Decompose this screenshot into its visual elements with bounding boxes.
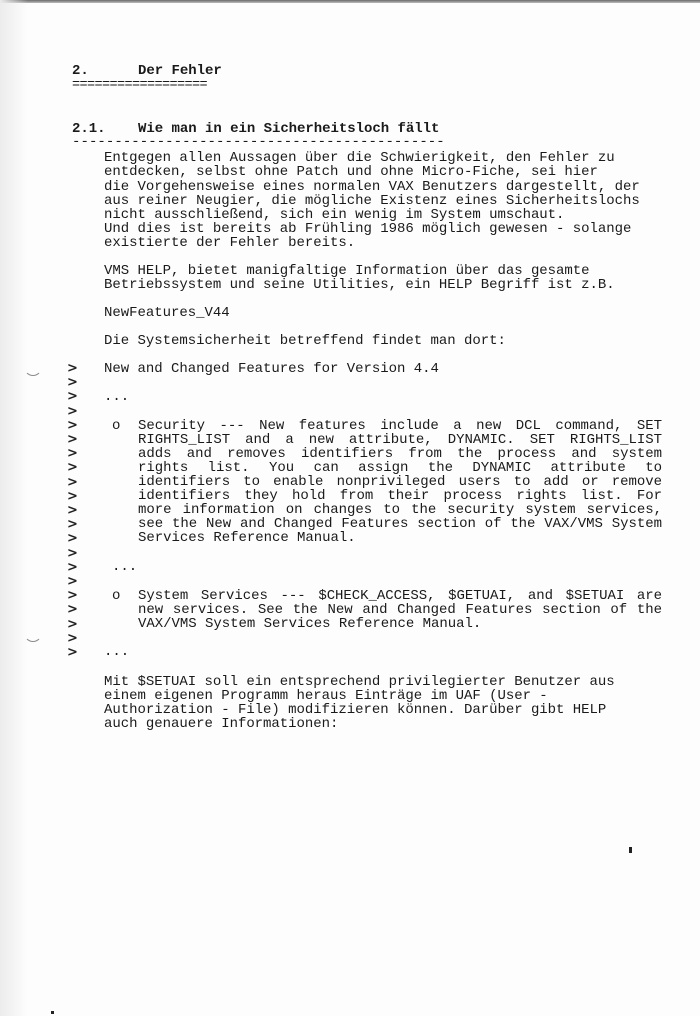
paragraph-line: auch genauere Informationen: [104, 717, 338, 731]
item-line: adds and removes identifiers from the pr… [138, 447, 662, 461]
quote-marker-icon: > [67, 575, 78, 589]
paragraph-line: die Vorgehensweise eines normalen VAX Be… [104, 180, 640, 194]
item-line: more information on changes to the secur… [138, 503, 662, 517]
subsection-underline: ----------------------------------------… [72, 135, 445, 149]
bullet-icon: o [112, 589, 120, 603]
punch-hole-mark-bottom [24, 624, 42, 642]
item-line: VAX/VMS System Services Reference Manual… [138, 617, 481, 631]
quote-marker-icon: > [67, 476, 78, 490]
quote-marker-icon: > [67, 461, 78, 475]
help-topic: NewFeatures_V44 [104, 306, 230, 320]
scan-speck [51, 1011, 54, 1014]
page-left-shadow [0, 0, 28, 1016]
quote-marker-icon: > [67, 405, 78, 419]
quote-marker-icon: > [67, 362, 78, 376]
bullet-icon: o [112, 419, 120, 433]
section-number: 2. [72, 64, 89, 78]
quote-marker-icon: > [67, 532, 78, 546]
paragraph-line: Betriebssystem und seine Utilities, ein … [104, 278, 615, 292]
quote-marker-icon: > [67, 433, 78, 447]
quote-marker-icon: > [67, 419, 78, 433]
quote-marker-icon: > [67, 447, 78, 461]
paragraph-line: einem eigenen Programm heraus Einträge i… [104, 689, 548, 703]
item-line: RIGHTS_LIST and a new attribute, DYNAMIC… [138, 433, 662, 447]
section-title: Der Fehler [138, 64, 222, 78]
item-line: Security --- New features include a new … [138, 419, 662, 433]
quoted-ellipsis: ... [104, 645, 129, 659]
quote-marker-icon: > [67, 589, 78, 603]
security-intro: Die Systemsicherheit betreffend findet m… [104, 334, 506, 348]
quote-marker-icon: > [67, 618, 78, 632]
item-line: Services Reference Manual. [138, 531, 356, 545]
paragraph-line: Entgegen allen Aussagen über die Schwier… [104, 151, 615, 165]
quote-marker-icon: > [67, 490, 78, 504]
paragraph-line: aus reiner Neugier, die mögliche Existen… [104, 194, 640, 208]
item-line: identifiers to enable nonprivileged user… [138, 475, 662, 489]
item-line: System Services --- $CHECK_ACCESS, $GETU… [138, 589, 662, 603]
quote-marker-icon: > [67, 376, 78, 390]
quote-marker-icon: > [67, 632, 78, 646]
quote-marker-icon: > [67, 603, 78, 617]
item-line: rights list. You can assign the DYNAMIC … [138, 461, 662, 475]
paragraph-line: Und dies ist bereits ab Frühling 1986 mö… [104, 222, 631, 236]
quote-marker-icon: > [67, 390, 78, 404]
quote-marker-icon: > [67, 547, 78, 561]
quote-marker-icon: > [67, 518, 78, 532]
quoted-ellipsis: ... [104, 390, 129, 404]
quoted-ellipsis: ... [112, 560, 137, 574]
punch-hole-mark-top [24, 358, 42, 376]
paragraph-line: entdecken, selbst ohne Patch und ohne Mi… [104, 165, 598, 179]
item-line: see the New and Changed Features section… [138, 517, 662, 531]
page-top-edge [0, 0, 700, 3]
quote-marker-icon: > [67, 561, 78, 575]
scan-speck [629, 847, 632, 853]
paragraph-line: VMS HELP, bietet manigfaltige Informatio… [104, 264, 590, 278]
quote-marker-icon: > [67, 646, 78, 660]
paragraph-line: Authorization - File) modifizieren könne… [104, 703, 606, 717]
item-line: new services. See the New and Changed Fe… [138, 603, 662, 617]
item-line: identifiers they hold from their process… [138, 489, 662, 503]
paragraph-line: existierte der Fehler bereits. [104, 236, 355, 250]
paragraph-line: Mit $SETUAI soll ein entsprechend privil… [104, 675, 615, 689]
quoted-heading: New and Changed Features for Version 4.4 [104, 362, 439, 376]
section-underline: ================== [72, 79, 207, 93]
paragraph-line: nicht ausschließend, sich ein wenig im S… [104, 208, 564, 222]
quote-marker-icon: > [67, 504, 78, 518]
